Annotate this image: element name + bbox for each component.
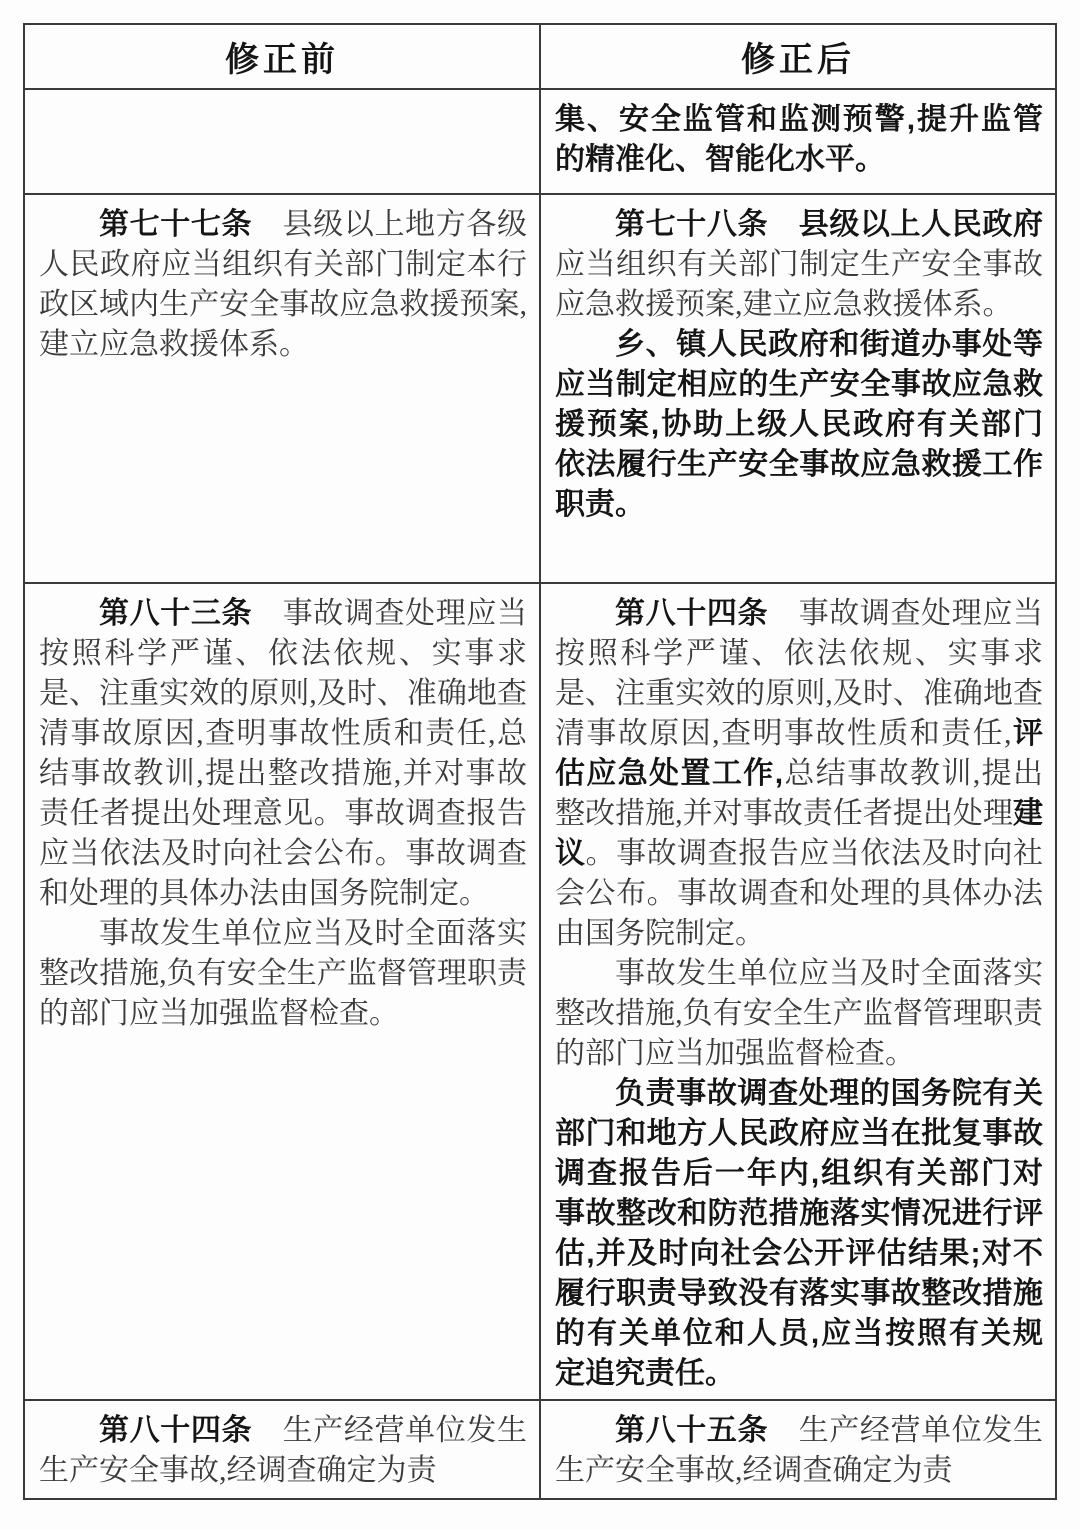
paragraph: 第七十八条 县级以上人民政府应当组织有关部门制定生产安全事故应急救援预案,建立应…	[555, 205, 1043, 325]
paragraph: 第八十四条 事故调查处理应当按照科学严谨、依法依规、实事求是、注重实效的原则,及…	[555, 594, 1043, 954]
cell-after: 第七十八条 县级以上人民政府应当组织有关部门制定生产安全事故应急救援预案,建立应…	[540, 194, 1056, 583]
article-77-78-row: 第七十七条 县级以上地方各级人民政府应当组织有关部门制定本行政区域内生产安全事故…	[24, 194, 1056, 583]
emphasized-text: 第八十五条	[615, 1414, 768, 1447]
column-header-before: 修正前	[24, 24, 540, 89]
body-text: 应当组织有关部门制定生产安全事故应急救援预案,建立应急救援体系。	[555, 248, 1043, 321]
article-84-85-row: 第八十四条 生产经营单位发生生产安全事故,经调查确定为责第八十五条 生产经营单位…	[24, 1400, 1056, 1499]
paragraph: 第七十七条 县级以上地方各级人民政府应当组织有关部门制定本行政区域内生产安全事故…	[39, 205, 527, 365]
article-83-84-row: 第八十三条 事故调查处理应当按照科学严谨、依法依规、实事求是、注重实效的原则,及…	[24, 583, 1056, 1400]
cell-before: 第八十四条 生产经营单位发生生产安全事故,经调查确定为责	[24, 1400, 540, 1499]
cell-before: 第七十七条 县级以上地方各级人民政府应当组织有关部门制定本行政区域内生产安全事故…	[24, 194, 540, 583]
emphasized-text: 第八十四条	[99, 1414, 252, 1447]
header-row: 修正前 修正后	[24, 24, 1056, 89]
emphasized-text: 负责事故调查处理的国务院有关部门和地方人民政府应当在批复事故调查报告后一年内,组…	[555, 1077, 1043, 1390]
emphasized-text: 乡、镇人民政府和街道办事处等应当制定相应的生产安全事故应急救援预案,协助上级人民…	[555, 328, 1043, 521]
continuation-row: 集、安全监管和监测预警,提升监管的精准化、智能化水平。	[24, 89, 1056, 194]
table-body: 集、安全监管和监测预警,提升监管的精准化、智能化水平。第七十七条 县级以上地方各…	[24, 89, 1056, 1499]
column-header-after: 修正后	[540, 24, 1056, 89]
cell-after: 第八十四条 事故调查处理应当按照科学严谨、依法依规、实事求是、注重实效的原则,及…	[540, 583, 1056, 1400]
emphasized-text: 第八十三条	[99, 597, 252, 630]
body-text: 事故发生单位应当及时全面落实整改措施,负有安全生产监督管理职责的部门应当加强监督…	[39, 917, 527, 1030]
paragraph: 乡、镇人民政府和街道办事处等应当制定相应的生产安全事故应急救援预案,协助上级人民…	[555, 325, 1043, 525]
paragraph: 第八十五条 生产经营单位发生生产安全事故,经调查确定为责	[555, 1411, 1043, 1491]
body-text: 事故发生单位应当及时全面落实整改措施,负有安全生产监督管理职责的部门应当加强监督…	[555, 957, 1043, 1070]
cell-after: 集、安全监管和监测预警,提升监管的精准化、智能化水平。	[540, 89, 1056, 194]
amendment-comparison-table: 修正前 修正后 集、安全监管和监测预警,提升监管的精准化、智能化水平。第七十七条…	[23, 23, 1057, 1500]
emphasized-text: 第七十七条	[99, 208, 252, 241]
cell-after: 第八十五条 生产经营单位发生生产安全事故,经调查确定为责	[540, 1400, 1056, 1499]
emphasized-text: 第八十四条	[615, 597, 768, 630]
body-text: 。事故调查报告应当依法及时向社会公布。事故调查和处理的具体办法由国务院制定。	[555, 837, 1043, 950]
paragraph: 第八十三条 事故调查处理应当按照科学严谨、依法依规、实事求是、注重实效的原则,及…	[39, 594, 527, 914]
emphasized-text: 县级以上人民政府	[799, 208, 1043, 241]
body-text	[768, 208, 799, 241]
table-header: 修正前 修正后	[24, 24, 1056, 89]
paragraph: 事故发生单位应当及时全面落实整改措施,负有安全生产监督管理职责的部门应当加强监督…	[39, 914, 527, 1034]
emphasized-text: 第七十八条	[615, 208, 768, 241]
emphasized-text: 集、安全监管和监测预警,提升监管的精准化、智能化水平。	[555, 103, 1043, 176]
paragraph: 负责事故调查处理的国务院有关部门和地方人民政府应当在批复事故调查报告后一年内,组…	[555, 1074, 1043, 1394]
cell-before	[24, 89, 540, 194]
cell-before: 第八十三条 事故调查处理应当按照科学严谨、依法依规、实事求是、注重实效的原则,及…	[24, 583, 540, 1400]
paragraph: 事故发生单位应当及时全面落实整改措施,负有安全生产监督管理职责的部门应当加强监督…	[555, 954, 1043, 1074]
body-text: 事故调查处理应当按照科学严谨、依法依规、实事求是、注重实效的原则,及时、准确地查…	[39, 597, 527, 910]
paragraph: 第八十四条 生产经营单位发生生产安全事故,经调查确定为责	[39, 1411, 527, 1491]
paragraph: 集、安全监管和监测预警,提升监管的精准化、智能化水平。	[555, 100, 1043, 180]
